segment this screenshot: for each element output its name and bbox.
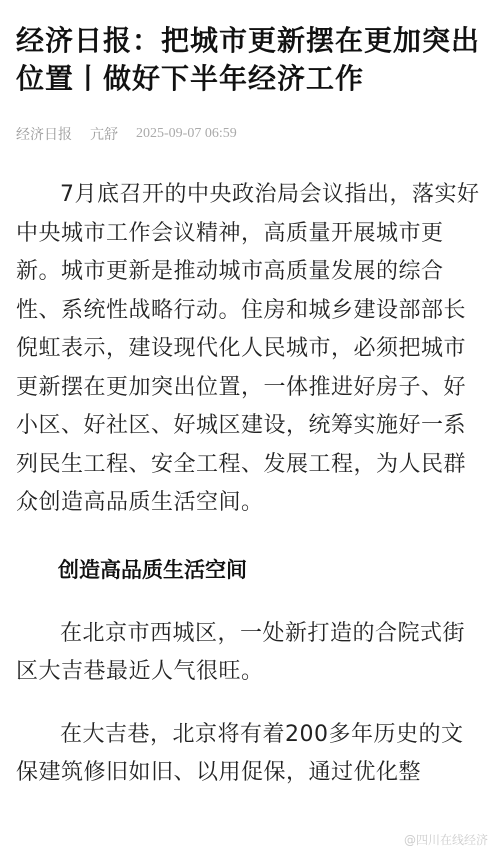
article-author: 亢舒 xyxy=(90,124,118,144)
article-title: 经济日报：把城市更新摆在更加突出位置丨做好下半年经济工作 xyxy=(16,22,485,98)
article-subheading: 创造高品质生活空间 xyxy=(16,551,485,589)
article-page: 经济日报：把城市更新摆在更加突出位置丨做好下半年经济工作 经济日报 亢舒 202… xyxy=(0,22,500,793)
article-paragraph: 在北京市西城区，一处新打造的合院式街区大吉巷最近人气很旺。 xyxy=(16,615,485,692)
watermark: @四川在线经济 xyxy=(404,831,488,848)
article-meta: 经济日报 亢舒 2025-09-07 06:59 xyxy=(16,124,485,144)
article-paragraph: 在大吉巷，北京将有着200多年历史的文保建筑修旧如旧、以用促保，通过优化整 xyxy=(16,716,485,793)
article-paragraph: 7月底召开的中央政治局会议指出，落实好中央城市工作会议精神，高质量开展城市更新。… xyxy=(16,176,485,523)
article-source[interactable]: 经济日报 xyxy=(16,124,72,144)
article-datetime: 2025-09-07 06:59 xyxy=(136,126,237,142)
